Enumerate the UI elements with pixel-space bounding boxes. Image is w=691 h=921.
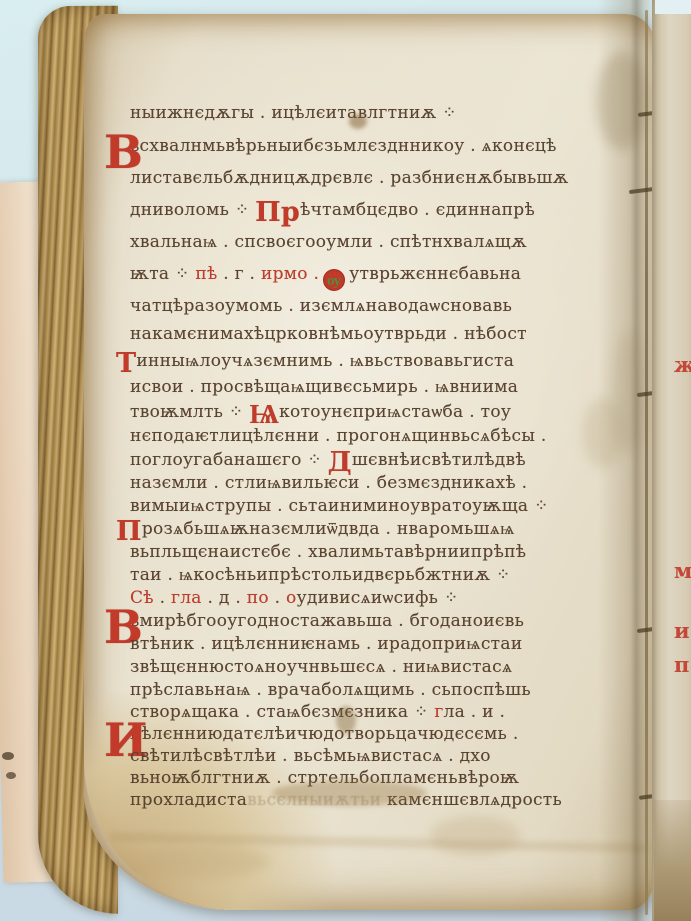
manuscript-page (84, 14, 656, 910)
facing-page-rubric-fragment: ж (674, 352, 691, 377)
gutter-fold-line (645, 10, 648, 915)
facing-page-damage (654, 800, 691, 921)
facing-page-rubric-fragment: м (674, 558, 691, 583)
facing-page-edge: жмип (652, 0, 691, 921)
table-notch (655, 0, 691, 14)
facing-page-rubric-fragment: и (674, 618, 691, 643)
manuscript-photo: ныижнєдѫгы . ицѣлєитавлгтниѫ ⁘Вьсхвалнмь… (0, 0, 691, 921)
facing-page-rubric-fragment: п (674, 652, 691, 677)
